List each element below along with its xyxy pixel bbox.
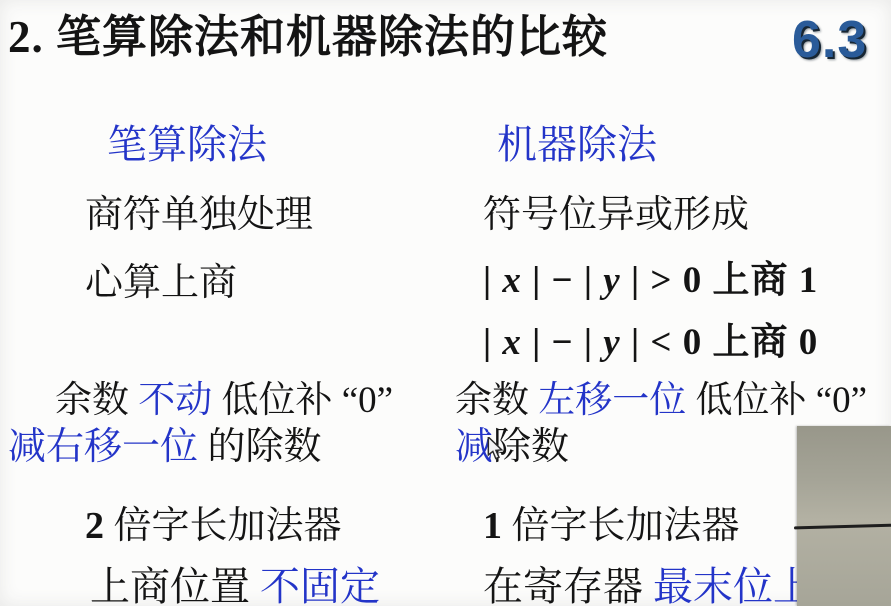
wall-seam-line (794, 524, 891, 530)
right-quotient-rule-2: | x | − | y | < 0 上商 0 (483, 323, 818, 363)
right-remainder-line2: 减除数 (455, 427, 569, 468)
zero-literal: 0 (683, 322, 703, 363)
section-number-badge: 6.3 (792, 12, 867, 68)
left-remainder-line1: 余数 不动 低位补 “0” (55, 381, 393, 421)
remainder-action-highlight: 不动 (138, 380, 212, 421)
greater-than: | > (621, 260, 683, 301)
quotient-label: 上商 (702, 322, 799, 363)
right-column-header: 机器除法 (497, 123, 657, 166)
right-remainder-line1: 余数 左移一位 低位补 “0” (455, 381, 867, 421)
right-quotient-rule-1: | x | − | y | > 0 上商 1 (483, 261, 818, 301)
left-adder-row: 2 倍字长加法器 (85, 506, 342, 547)
quotient-label: 上商 (702, 260, 799, 301)
less-than: | < (621, 322, 683, 363)
remainder-fill-zero: 低位补 “0” (686, 380, 867, 421)
quotient-digit: 0 (799, 322, 819, 363)
left-column-header: 笔算除法 (107, 123, 267, 166)
adder-multiplier: 2 (85, 505, 104, 547)
abs-bar: | (483, 260, 502, 301)
var-x: x (502, 260, 522, 301)
left-remainder-line2: 减右移一位 的除数 (8, 427, 322, 468)
subtract-shifted-highlight: 减右移一位 (8, 426, 198, 468)
remainder-action-highlight: 左移一位 (538, 380, 686, 421)
adder-label: 倍字长加法器 (104, 505, 342, 547)
minus-bars: | − | (522, 260, 603, 301)
position-label: 上商位置 (90, 564, 260, 606)
left-sign-rule: 商符单独处理 (85, 195, 313, 236)
remainder-label: 余数 (55, 380, 138, 421)
minus-bars: | − | (522, 322, 603, 363)
slide: 2. 笔算除法和机器除法的比较 6.3 笔算除法 机器除法 商符单独处理 符号位… (0, 0, 891, 606)
var-y: y (603, 260, 620, 301)
position-label: 在寄存器 (483, 564, 653, 606)
divisor-label: 除数 (493, 426, 569, 468)
right-adder-row: 1 倍字长加法器 (483, 506, 740, 547)
remainder-label: 余数 (455, 380, 538, 421)
camera-feed-overlay (797, 426, 891, 606)
divisor-label: 的除数 (198, 426, 322, 468)
abs-bar: | (483, 322, 502, 363)
right-sign-rule: 符号位异或形成 (483, 195, 749, 236)
left-position-row: 上商位置 不固定 (90, 565, 380, 606)
remainder-fill-zero: 低位补 “0” (212, 380, 393, 421)
position-highlight: 不固定 (260, 564, 380, 606)
mouse-pointer-icon (486, 437, 504, 466)
adder-multiplier: 1 (483, 505, 502, 547)
var-x: x (502, 322, 522, 363)
page-title: 2. 笔算除法和机器除法的比较 (8, 13, 608, 62)
adder-label: 倍字长加法器 (502, 505, 740, 547)
quotient-digit: 1 (799, 260, 819, 301)
left-quotient-rule: 心算上商 (85, 263, 237, 304)
zero-literal: 0 (683, 260, 703, 301)
var-y: y (603, 322, 620, 363)
